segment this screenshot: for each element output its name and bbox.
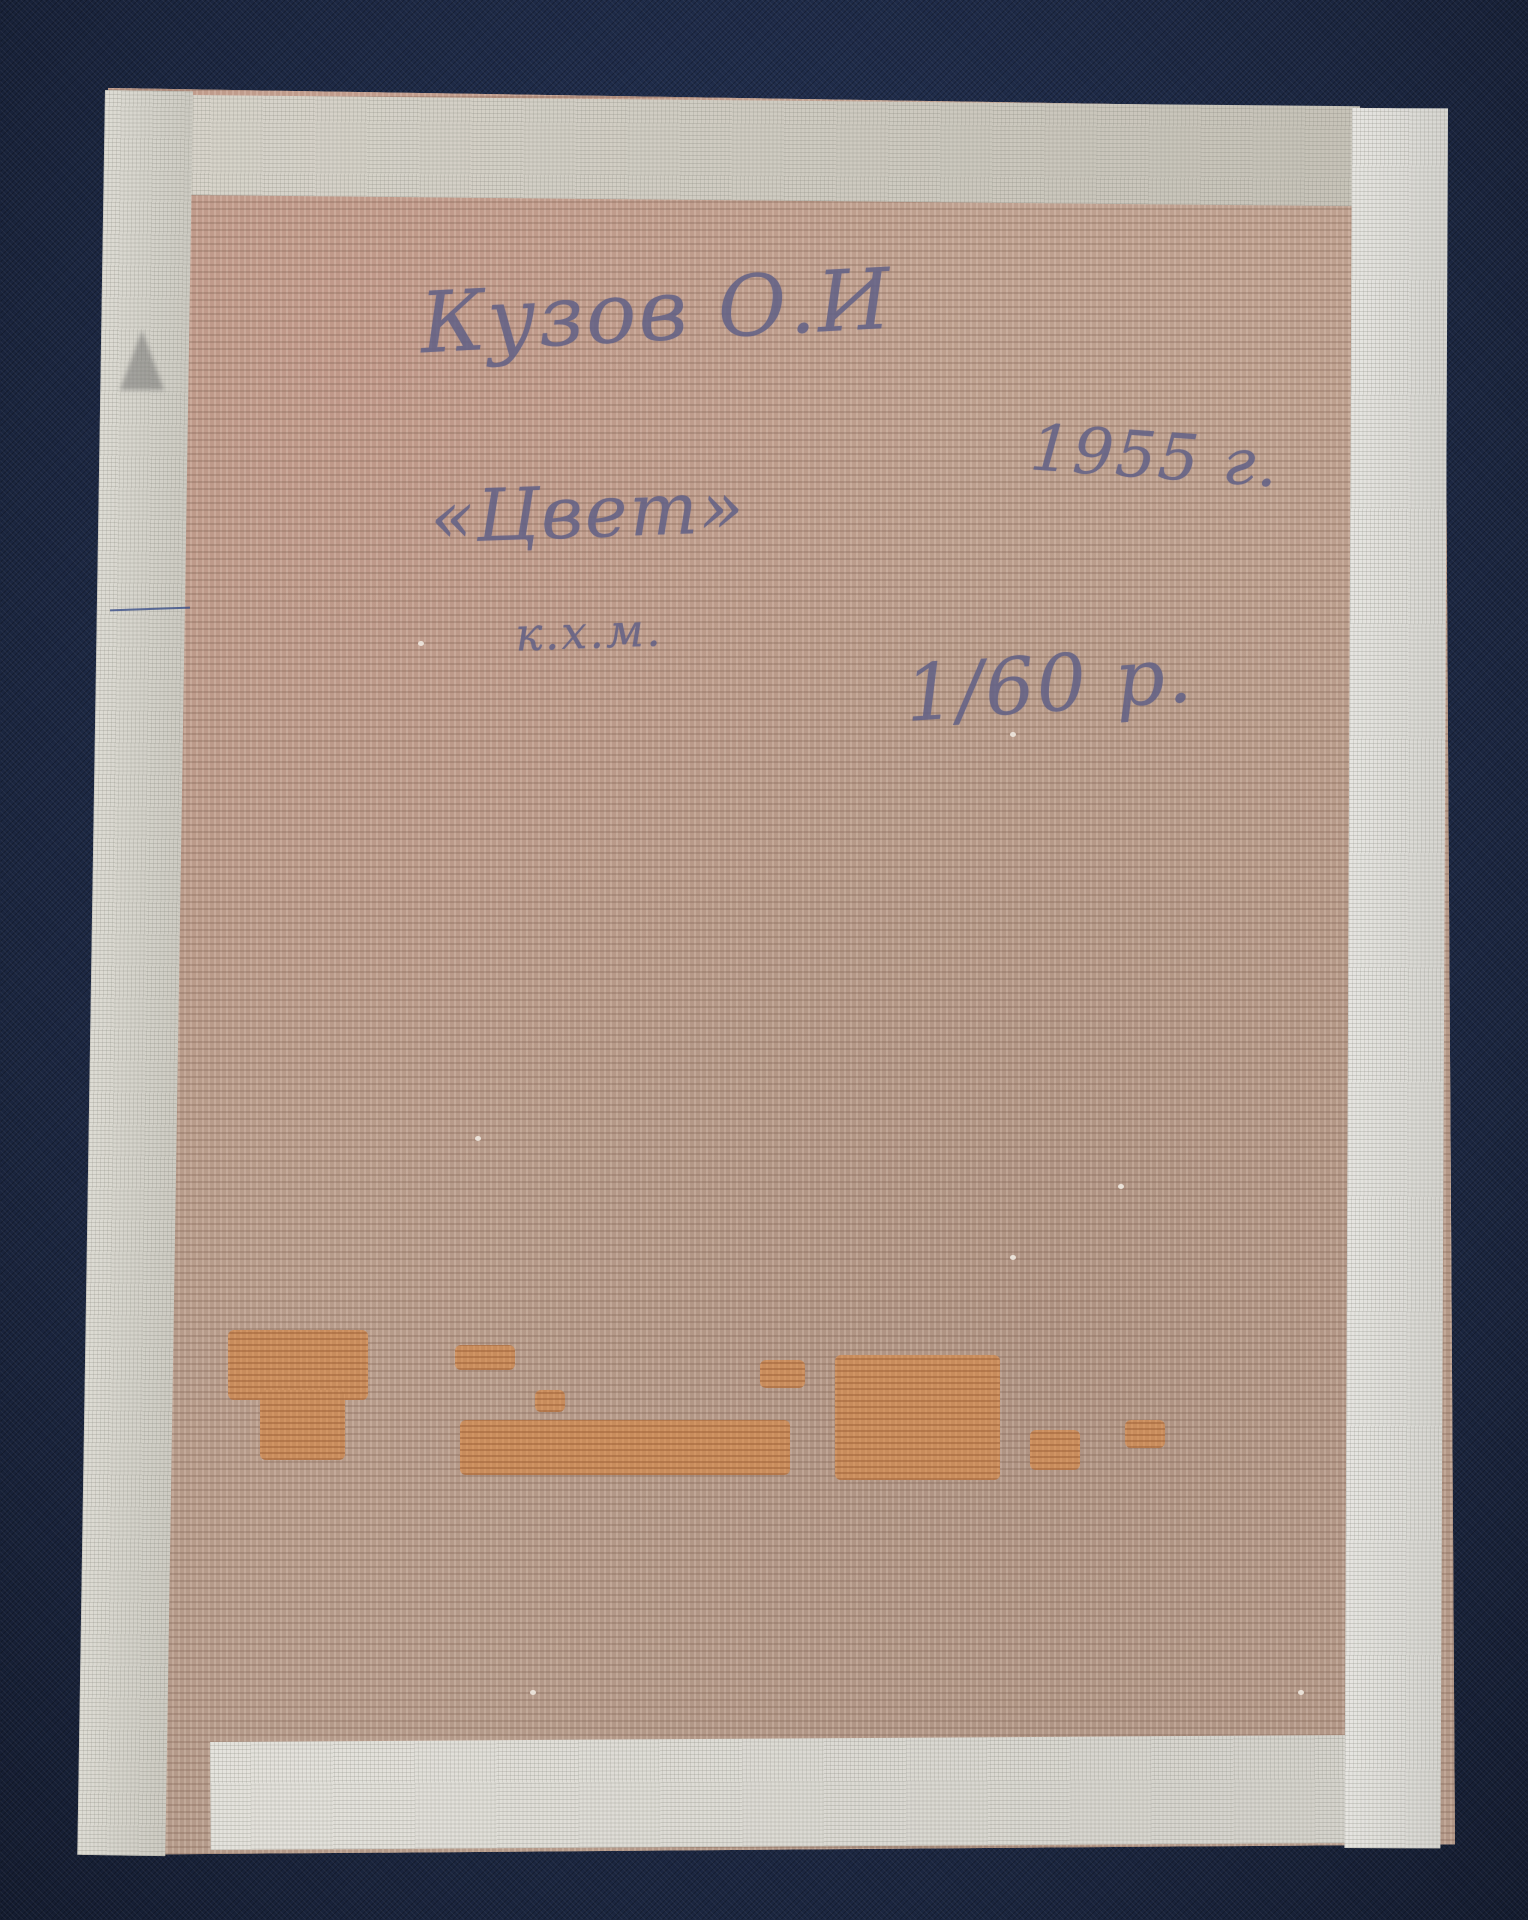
inscription-code: к.х.м. xyxy=(514,602,663,661)
damage-patch xyxy=(1125,1420,1165,1448)
linen-tape-bottom xyxy=(210,1735,1346,1850)
speck xyxy=(418,641,424,646)
damage-patch xyxy=(460,1420,790,1475)
damage-patch xyxy=(835,1355,1000,1480)
linen-tape-right xyxy=(1344,108,1448,1848)
damage-patch xyxy=(535,1390,565,1412)
linen-tape-top xyxy=(184,95,1360,206)
speck xyxy=(1298,1690,1304,1695)
speck xyxy=(1118,1184,1124,1189)
speck xyxy=(475,1136,481,1141)
photo-scene: Кузов О.И «Цвет» 1955 г. к.х.м. 1/60 р. xyxy=(0,0,1528,1920)
speck xyxy=(530,1690,536,1695)
damage-patch xyxy=(455,1345,515,1370)
damage-patch xyxy=(760,1360,805,1388)
gray-stain xyxy=(120,330,164,390)
speck xyxy=(1010,1255,1016,1260)
damage-patch xyxy=(1030,1430,1080,1470)
inscription-title: «Цвет» xyxy=(429,465,747,560)
damage-patch xyxy=(260,1390,345,1460)
